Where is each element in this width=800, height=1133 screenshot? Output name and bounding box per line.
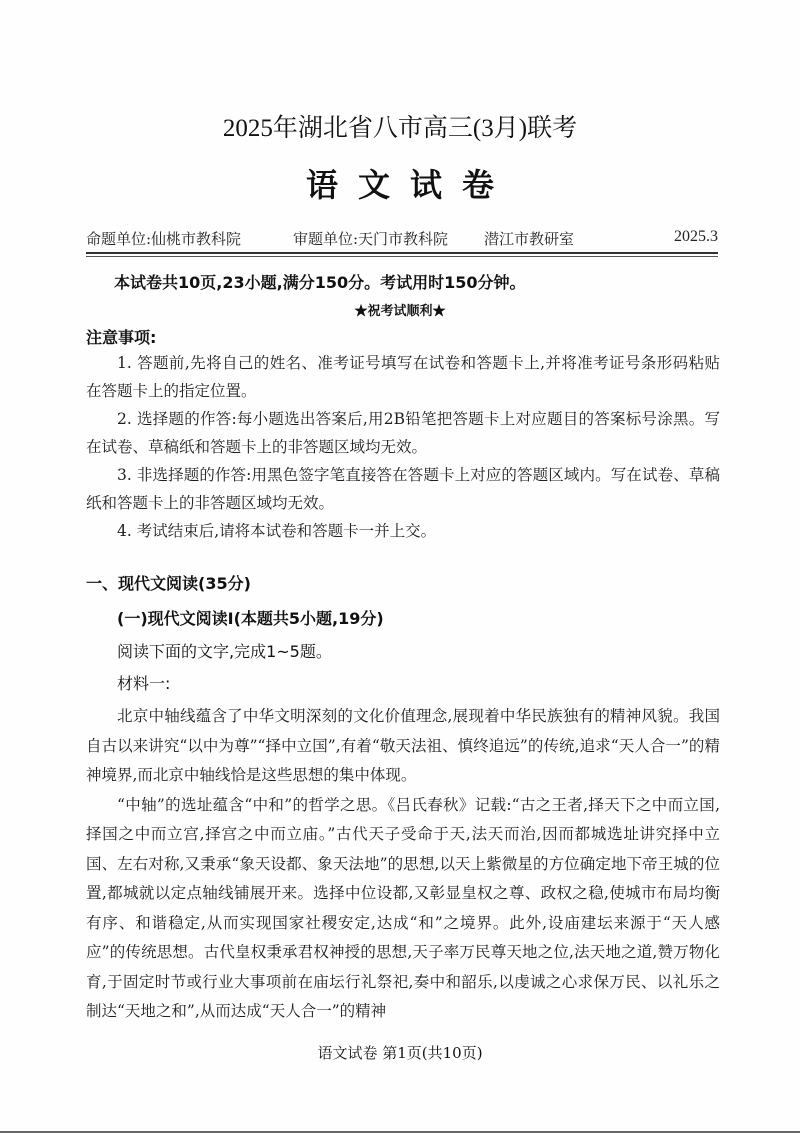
header-divider [86,252,718,257]
subject-title: 语文试卷 [0,160,800,206]
note-item: 4. 考试结束后,请将本试卷和答题卡一并上交。 [86,517,720,545]
star-icon: ★ [433,304,446,319]
notes-heading: 注意事项: [86,325,156,348]
setter-unit: 命题单位:仙桃市教科院 [86,228,241,249]
passage-paragraph: 北京中轴线蕴含了中华文明深刻的文化价值理念,展现着中华民族独有的精神风貌。我国自… [86,702,720,791]
reviewer-unit: 审题单位:天门市教科院 [293,228,448,249]
exam-meta-row: 命题单位:仙桃市教科院 审题单位:天门市教科院 潜江市教研室 2025.3 [86,228,718,248]
good-luck-text: 祝考试顺利 [367,304,432,319]
exam-page: 2025年湖北省八市高三(3月)联考 语文试卷 命题单位:仙桃市教科院 审题单位… [0,0,800,1133]
subsection-heading: (一)现代文阅读Ⅰ(本题共5小题,19分) [117,606,384,629]
reading-instruction: 阅读下面的文字,完成1~5题。 [117,639,332,662]
reading-passage: 北京中轴线蕴含了中华文明深刻的文化价值理念,展现着中华民族独有的精神风貌。我国自… [86,702,720,1027]
passage-paragraph: “中轴”的选址蕴含“中和”的哲学之思。《吕氏春秋》记载:“古之王者,择天下之中而… [86,791,720,1027]
star-icon: ★ [354,304,367,319]
section-heading: 一、现代文阅读(35分) [86,571,251,594]
reviewer-unit-2: 潜江市教研室 [484,228,574,249]
note-item: 1. 答题前,先将自己的姓名、准考证号填写在试卷和答题卡上,并将准考证号条形码粘… [86,349,720,405]
good-luck-banner: ★祝考试顺利★ [0,300,800,319]
exam-summary: 本试卷共10页,23小题,满分150分。考试用时150分钟。 [114,270,526,293]
exam-date: 2025.3 [674,228,718,246]
material-label: 材料一: [117,671,170,694]
note-item: 2. 选择题的作答:每小题选出答案后,用2B铅笔把答题卡上对应题目的答案标号涂黑… [86,405,720,461]
exam-title: 2025年湖北省八市高三(3月)联考 [0,108,800,144]
notes-list: 1. 答题前,先将自己的姓名、准考证号填写在试卷和答题卡上,并将准考证号条形码粘… [86,349,720,545]
note-item: 3. 非选择题的作答:用黑色签字笔直接答在答题卡上对应的答题区域内。写在试卷、草… [86,461,720,517]
page-footer: 语文试卷 第1页(共10页) [0,1042,800,1063]
